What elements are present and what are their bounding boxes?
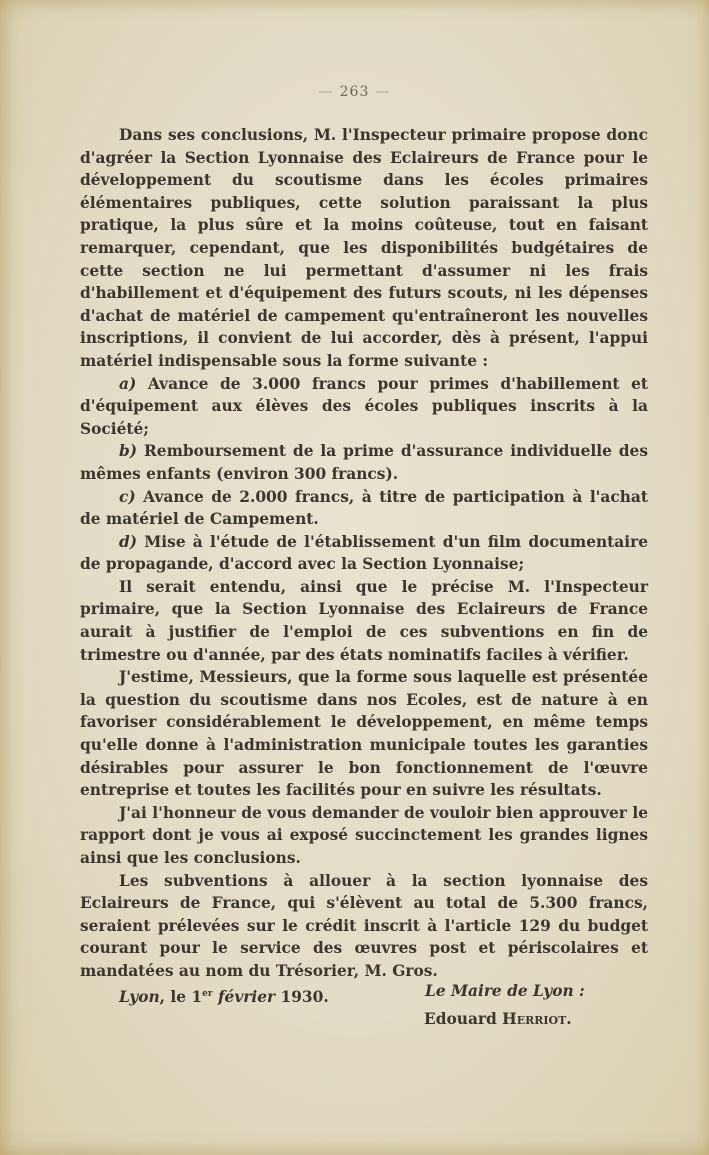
paragraph-request: J'ai l'honneur de vous demander de voulo…: [80, 802, 648, 870]
document-body: Dans ses conclusions, M. l'Inspecteur pr…: [80, 124, 648, 1008]
page-number-value: 263: [340, 84, 370, 100]
page-number-dash-left: —: [319, 84, 334, 100]
dateline-month: février: [218, 988, 275, 1006]
dateline-year: 1930.: [275, 988, 329, 1006]
document-page: —263— Dans ses conclusions, M. l'Inspect…: [0, 0, 709, 1155]
list-marker-b: b): [119, 442, 137, 460]
list-text-d: Mise à l'étude de l'établissement d'un f…: [80, 533, 648, 574]
signature-title-text: Le Maire de Lyon :: [425, 982, 585, 1000]
list-item-d: d) Mise à l'étude de l'établissement d'u…: [80, 531, 648, 576]
list-text-c: Avance de 2.000 francs, à titre de parti…: [80, 488, 648, 529]
list-text-b: Remboursement de la prime d'assurance in…: [80, 442, 648, 483]
paragraph-subsidies: Les subventions à allouer à la section l…: [80, 870, 648, 983]
list-text-a: Avance de 3.000 francs pour primes d'hab…: [80, 375, 648, 438]
page-number: —263—: [0, 84, 709, 100]
list-marker-d: d): [119, 533, 137, 551]
paragraph-justification: Il serait entendu, ainsi que le précise …: [80, 576, 648, 666]
list-item-a: a) Avance de 3.000 francs pour primes d'…: [80, 373, 648, 441]
list-item-b: b) Remboursement de la prime d'assurance…: [80, 440, 648, 485]
dateline-day: , le 1: [160, 988, 202, 1006]
signature-last-name: Herriot: [502, 1010, 566, 1028]
signature-end: .: [566, 1010, 571, 1028]
paragraph-conclusions: Dans ses conclusions, M. l'Inspecteur pr…: [80, 124, 648, 373]
list-marker-a: a): [119, 375, 136, 393]
dateline-place: Lyon: [119, 988, 160, 1006]
signature-name-text: Edouard Herriot.: [424, 1010, 572, 1028]
list-item-c: c) Avance de 2.000 francs, à titre de pa…: [80, 486, 648, 531]
page-number-dash-right: —: [375, 84, 390, 100]
paragraph-estimate: J'estime, Messieurs, que la forme sous l…: [80, 666, 648, 802]
list-marker-c: c): [119, 488, 136, 506]
signature-first-name: Edouard: [424, 1010, 502, 1028]
dateline-ordinal: er: [202, 989, 212, 999]
